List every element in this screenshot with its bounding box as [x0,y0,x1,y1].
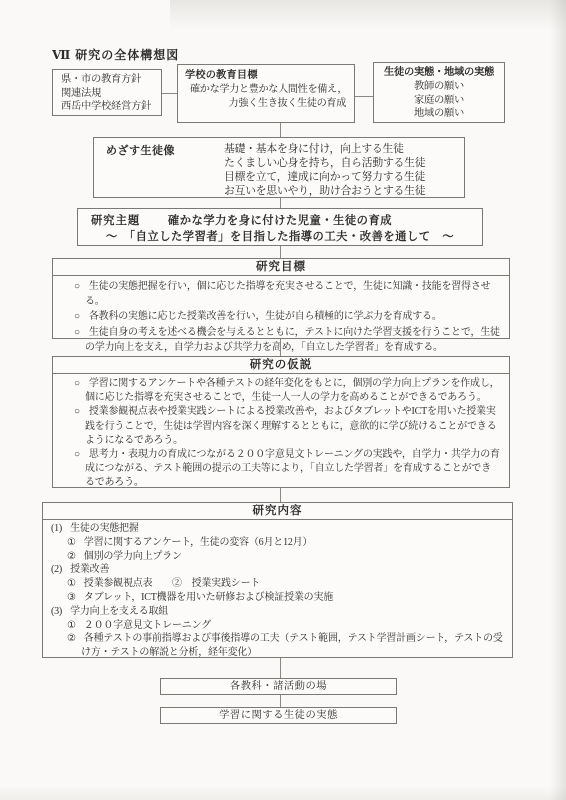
content-row: (3)学力向上を支える取組 [51,605,504,619]
connector-line [280,123,281,137]
row-number: ③ [67,592,76,603]
research-theme-box: 研究主題 確かな学力を身に付けた児童・生徒の育成 ～ 「自立した学習者」を目指し… [77,208,483,246]
target-student-lines: 基礎・基本を身に付け，向上する生徒 たくましい心身を持ち，自ら活動する生徒 目標… [224,142,425,197]
school-goal-title: 学校の教育目標 [185,69,349,83]
subjects-activities-box: 各教科・諸活動の場 [160,678,397,695]
content-row: ①授業参観視点表 ② 授業実践シート [67,577,504,591]
content-row-text: 学習に関するアンケート，生徒の変容（6月と12月） [84,537,313,548]
content-row: ③タブレット，ICT機器を用いた研修および検証授業の実施 [67,591,504,605]
row-number: ① [67,537,76,548]
content-row-text: 授業参観視点表 ② 授業実践シート [84,578,260,589]
research-theme-line: ～ 「自立した学習者」を目指した指導の工夫・改善を通して ～ [78,229,482,245]
hypothesis-item-text: 授業参観視点表や授業実践シートによる授業改善や，およびタブレットやICTを用いた… [85,406,496,445]
scan-shading-bottom [0,786,566,800]
content-row: ①２００字意見文トレーニング [67,619,504,633]
content-row: (1)生徒の実態把握 [51,522,504,536]
scan-shading-top [170,0,566,30]
goal-item: ○生徒自身の考えを述べる機会を与えるとともに，テストに向けた学習支援を行うことで… [64,325,500,355]
row-number: ② [67,551,76,562]
research-goals-body: ○生徒の実態把握を行い，個に応じた指導を充実させることで，生徒に知識・技能を習得… [53,276,509,355]
goal-item: ○生徒の実態把握を行い，個に応じた指導を充実させることで，生徒に知識・技能を習得… [64,279,500,309]
row-number: ① [67,578,76,589]
reality-line: 地域の願い [374,107,504,121]
bullet-circle: ○ [74,327,80,338]
connector-line [280,695,281,707]
goal-item-text: 生徒の実態把握を行い，個に応じた指導を充実させることで，生徒に知識・技能を習得さ… [85,281,490,307]
reality-line: 教師の願い [374,80,504,94]
content-row-text: 生徒の実態把握 [70,523,139,534]
content-row-text: タブレット，ICT機器を用いた研修および検証授業の実施 [84,592,333,603]
student-reality-box: 生徒の実態・地域の実態 教師の願い 家庭の願い 地域の願い [373,62,505,123]
research-hypothesis-header: 研究の仮説 [53,357,509,374]
content-row-text: 各種テストの事前指導および事後指導の工夫（テスト範囲，テスト学習計画シート，テス… [81,633,503,658]
target-student-box: めざす生徒像 基礎・基本を身に付け，向上する生徒 たくましい心身を持ち，自ら活動… [93,137,465,198]
research-hypothesis-body: ○学習に関するアンケートや各種テストの経年変化をもとに，個別の学力向上プランを作… [53,374,509,491]
school-goal-box: 学校の教育目標 確かな学力と豊かな人間性を備え， 力強く生き抜く生徒の育成 [177,64,355,123]
content-row: (2)授業改善 [51,563,504,577]
content-row-text: 学力向上を支える取組 [70,606,168,617]
content-row: ①学習に関するアンケート，生徒の変容（6月と12月） [67,536,504,550]
scan-shading-right [550,0,566,800]
hypothesis-item-text: 学習に関するアンケートや各種テストの経年変化をもとに，個別の学力向上プランを作成… [85,378,499,403]
school-goal-line: 確かな学力と豊かな人間性を備え， [185,83,349,97]
content-row-text: 個別の学力向上プラン [84,551,182,562]
policy-box: 県・市の教育方針 関連法規 西岳中学校経営方針 [52,69,162,116]
bullet-circle: ○ [74,378,80,389]
connector-line [280,246,281,258]
content-row-text: ２００字意見文トレーニング [84,620,211,631]
research-theme-label: 研究主題 [91,213,140,229]
document-page: Ⅶ 研究の全体構想図 県・市の教育方針 関連法規 西岳中学校経営方針 学校の教育… [0,0,566,800]
bullet-circle: ○ [74,311,80,322]
research-contents-header: 研究内容 [43,503,512,520]
student-learning-reality-label: 学習に関する生徒の実態 [219,710,338,721]
connector-line [280,339,281,356]
student-reality-title: 生徒の実態・地域の実態 [374,66,504,80]
bullet-circle: ○ [74,449,80,460]
research-contents-box: 研究内容 (1)生徒の実態把握 ①学習に関するアンケート，生徒の変容（6月と12… [42,502,513,658]
subjects-activities-label: 各教科・諸活動の場 [230,681,327,692]
target-student-line: 目標を立て，達成に向かって努力する生徒 [224,170,425,184]
policy-line: 西岳中学校経営方針 [61,100,161,114]
research-contents-body: (1)生徒の実態把握 ①学習に関するアンケート，生徒の変容（6月と12月） ②個… [43,520,512,660]
hypothesis-item: ○学習に関するアンケートや各種テストの経年変化をもとに，個別の学力向上プランを作… [64,377,500,405]
bullet-circle: ○ [74,406,80,417]
page-title: Ⅶ 研究の全体構想図 [52,46,179,63]
row-number: ② [67,633,76,644]
row-number: (3) [51,606,62,617]
connector-line [280,658,281,678]
student-learning-reality-box: 学習に関する生徒の実態 [160,707,397,724]
goal-item-text: 生徒自身の考えを述べる機会を与えるとともに，テストに向けた学習支援を行うことで，… [85,327,500,353]
bullet-circle: ○ [74,281,80,292]
content-row-text: 授業改善 [70,564,109,575]
content-row: ②個別の学力向上プラン [67,550,504,564]
policy-line: 県・市の教育方針 [61,73,161,87]
connector-line [162,93,177,94]
connector-line [280,488,281,502]
goal-item-text: 各教科の実態に応じた授業改善を行い，生徒が自ら積極的に学ぶ力を育成する。 [89,311,442,322]
connector-line [280,198,281,208]
school-goal-line: 力強く生き抜く生徒の育成 [185,97,349,111]
research-goals-box: 研究目標 ○生徒の実態把握を行い，個に応じた指導を充実させることで，生徒に知識・… [52,258,510,339]
hypothesis-item: ○授業参観視点表や授業実践シートによる授業改善や，およびタブレットやICTを用い… [64,405,500,448]
target-student-label: めざす生徒像 [106,142,224,197]
target-student-line: 基礎・基本を身に付け，向上する生徒 [224,142,425,156]
row-number: (1) [51,523,62,534]
hypothesis-item: ○思考力・表現力の育成につながる２００字意見文トレーニングの実践や，自学力・共学… [64,448,500,491]
connector-line [355,96,373,97]
goal-item: ○各教科の実態に応じた授業改善を行い，生徒が自ら積極的に学ぶ力を育成する。 [64,309,500,324]
target-student-line: お互いを思いやり，助け合おうとする生徒 [224,184,425,198]
hypothesis-item-text: 思考力・表現力の育成につながる２００字意見文トレーニングの実践や，自学力・共学力… [85,449,500,488]
research-hypothesis-box: 研究の仮説 ○学習に関するアンケートや各種テストの経年変化をもとに，個別の学力向… [52,356,510,488]
research-goals-header: 研究目標 [53,259,509,276]
content-row: ②各種テストの事前指導および事後指導の工夫（テスト範囲，テスト学習計画シート，テ… [67,632,504,660]
row-number: (2) [51,564,62,575]
reality-line: 家庭の願い [374,94,504,108]
policy-line: 関連法規 [61,87,161,101]
row-number: ① [67,620,76,631]
target-student-line: たくましい心身を持ち，自ら活動する生徒 [224,156,425,170]
